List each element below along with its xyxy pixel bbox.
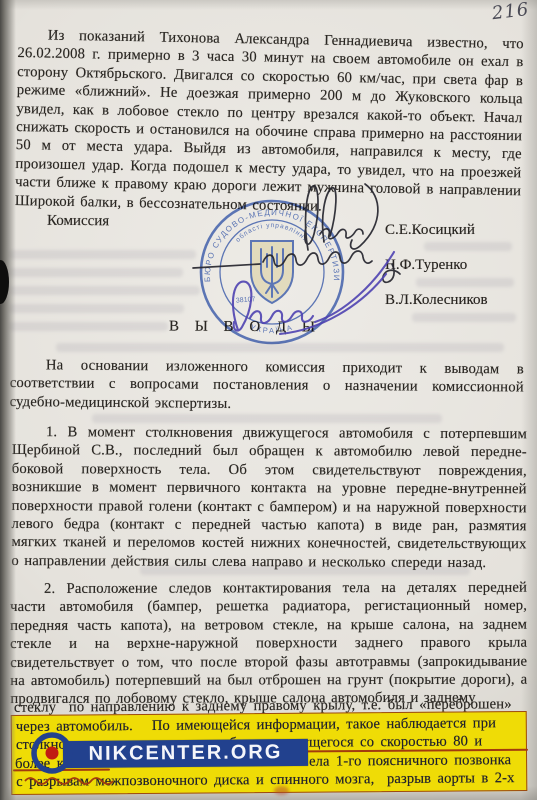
commission-label: Комиссия (47, 213, 109, 231)
handwritten-page-number: 216 (491, 0, 531, 24)
conclusion-item-2: 2. Расположение следов контактирования т… (10, 579, 527, 709)
bleedthrough-line (8, 304, 184, 313)
signature-turenko (193, 251, 400, 282)
page-spine-shadow (0, 0, 16, 800)
conclusions-intro-paragraph: На основании изложенного комиссия приход… (10, 356, 524, 416)
handwritten-signatures (160, 172, 460, 347)
highlight-line: ела 1-го поясничного позвонка (309, 752, 511, 771)
ink-smudge (274, 786, 289, 795)
conclusion-item-1: 1. В момент столкновения движущегося авт… (11, 423, 527, 572)
signature-kositsky (305, 184, 378, 250)
watermark-text: NIKCENTER.ORG (88, 741, 282, 766)
watermark-target-icon (28, 729, 76, 777)
bleedthrough-line (8, 268, 183, 277)
scanned-document-page: 216 Из показаний Тихонова Александра Ген… (0, 0, 537, 800)
watermark-banner: NIKCENTER.ORG (63, 739, 308, 768)
bleedthrough-line (92, 414, 442, 423)
signatures-graphic (160, 172, 460, 342)
